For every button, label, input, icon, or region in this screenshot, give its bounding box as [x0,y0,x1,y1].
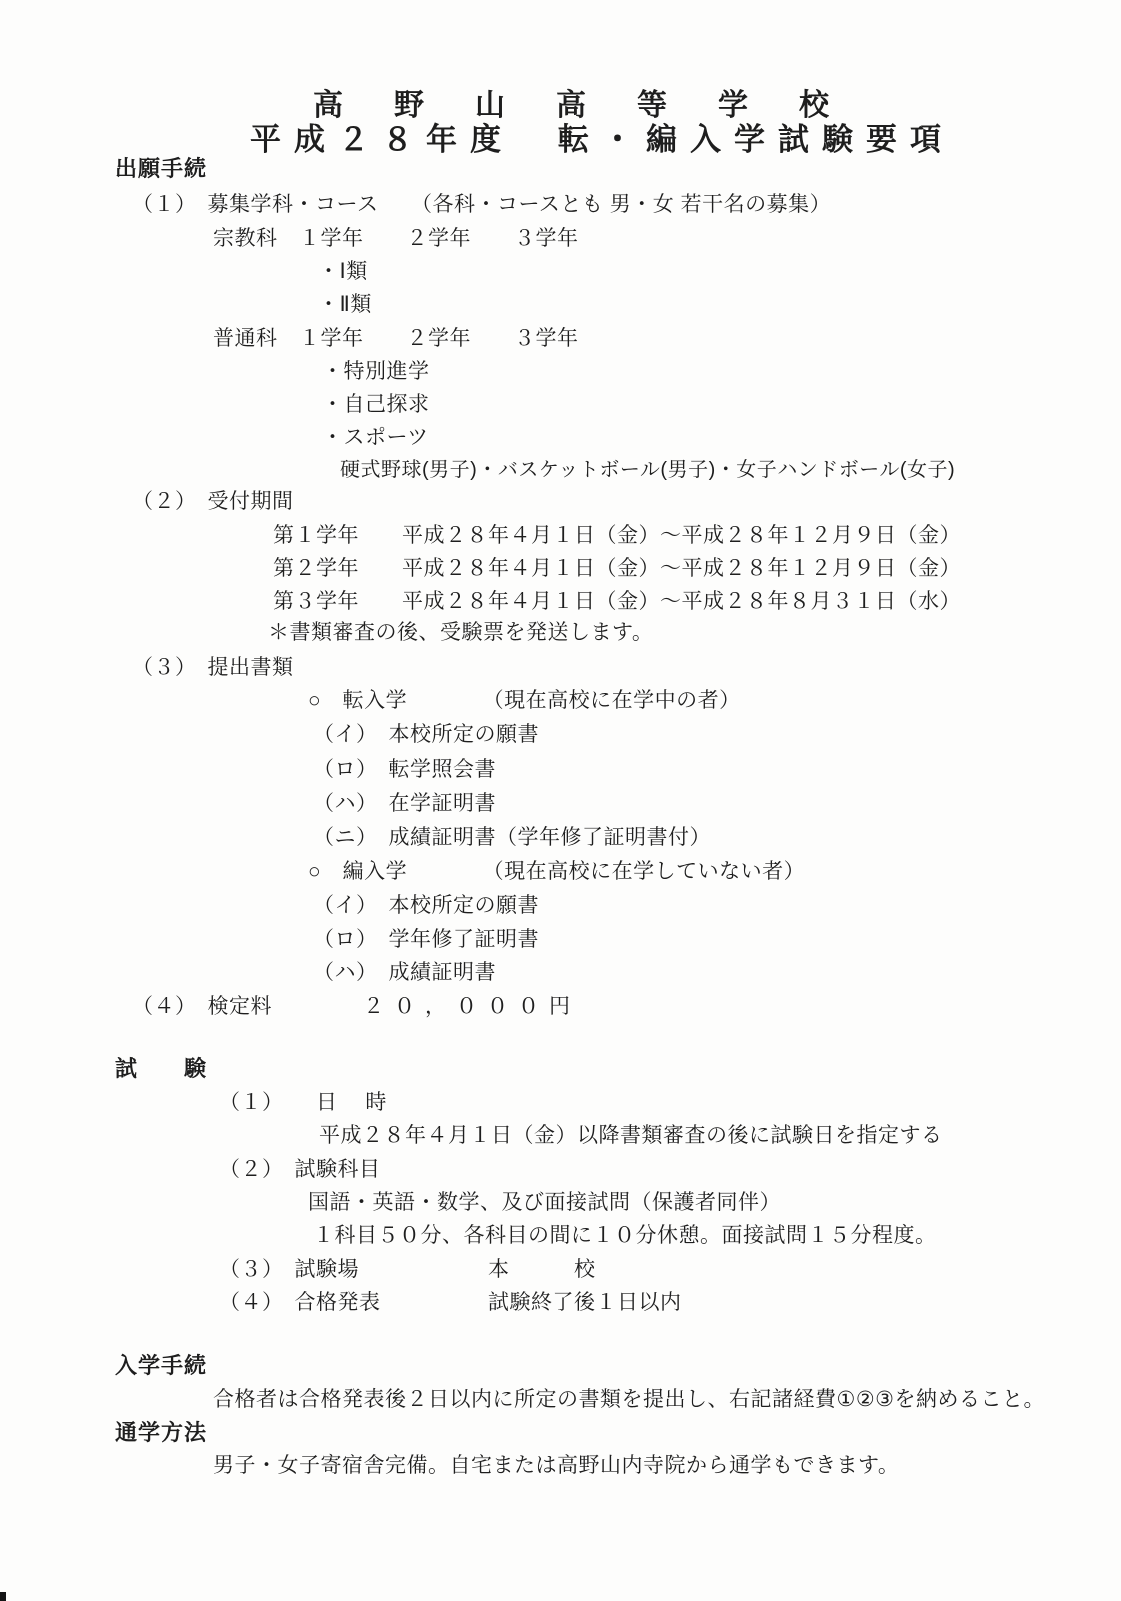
commute-detail: 男子・女子寄宿舎完備。自宅または高野山内寺院から通学もできます。 [213,1453,899,1479]
period-row-2: 第２学年 平成２８年４月１日（金）～平成２８年１２月９日（金） [273,556,961,582]
period-row-3: 第３学年 平成２８年４月１日（金）～平成２８年８月３１日（水） [273,589,961,615]
course-item-religion-2: ・Ⅱ類 [318,292,372,318]
period-line: （２） 受付期間 [132,489,294,515]
section-heading-enrollment: 入学手続 [115,1353,207,1379]
doc-title: 平成２８年度 転・編入学試験要項 [250,114,954,159]
fee-line: （４） 検定料 [132,994,272,1020]
general-dept-line: 普通科 １学年 ２学年 ３学年 [213,326,579,352]
exam-subjects-detail-2: １科目５０分、各科目の間に１０分休憩。面接試問１５分程度。 [313,1223,937,1249]
section-heading-application: 出願手続 [115,156,207,182]
reentry-item-1: （イ） 本校所定の願書 [313,893,539,919]
exam-venue-line: （３） 試験場 本 校 [219,1257,596,1283]
exam-announcement-line: （４） 合格発表 試験終了後１日以内 [219,1290,682,1316]
religion-dept-line: 宗教科 １学年 ２学年 ３学年 [213,226,579,252]
document-page: 高野山高等学校 平成２８年度 転・編入学試験要項 出願手続 （１） 募集学科・コ… [0,0,1121,1601]
transfer-header: ○ 転入学 （現在高校に在学中の者） [308,688,741,714]
transfer-item-2: （ロ） 転学照会書 [313,757,496,783]
exam-subjects-line: （２） 試験科目 [219,1157,381,1183]
section-heading-exam: 試 験 [115,1056,207,1082]
exam-subjects-detail-1: 国語・英語・数学、及び面接試問（保護者同伴） [308,1190,781,1216]
recruit-line: （１） 募集学科・コース （各科・コースとも 男・女 若干名の募集） [132,192,831,218]
fee-amount: ２０，０００円 [363,994,580,1020]
course-item-religion-1: ・Ⅰ類 [318,259,368,285]
exam-datetime-detail: 平成２８年４月１日（金）以降書類審査の後に試験日を指定する [319,1123,943,1149]
documents-line: （３） 提出書類 [132,655,294,681]
course-item-general-1: ・特別進学 [322,359,430,385]
section-heading-commute: 通学方法 [115,1420,207,1446]
transfer-item-4: （ニ） 成績証明書（学年修了証明書付） [313,825,711,851]
reentry-item-3: （ハ） 成績証明書 [313,960,496,986]
period-note: ＊書類審査の後、受験票を発送します。 [268,620,653,646]
sports-detail: 硬式野球(男子)・バスケットボール(男子)・女子ハンドボール(女子) [340,457,955,483]
exam-datetime-line: （１） 日 時 [219,1090,387,1116]
reentry-header: ○ 編入学 （現在高校に在学していない者） [308,859,805,885]
course-item-general-2: ・自己探求 [322,392,430,418]
enrollment-detail: 合格者は合格発表後２日以内に所定の書類を提出し、右記諸経費①②③を納めること。 [213,1387,1045,1413]
period-row-1: 第１学年 平成２８年４月１日（金）～平成２８年１２月９日（金） [273,523,961,549]
scan-artifact [0,1592,6,1601]
course-item-general-3: ・スポーツ [322,425,429,451]
transfer-item-1: （イ） 本校所定の願書 [313,722,539,748]
reentry-item-2: （ロ） 学年修了証明書 [313,927,539,953]
transfer-item-3: （ハ） 在学証明書 [313,791,496,817]
